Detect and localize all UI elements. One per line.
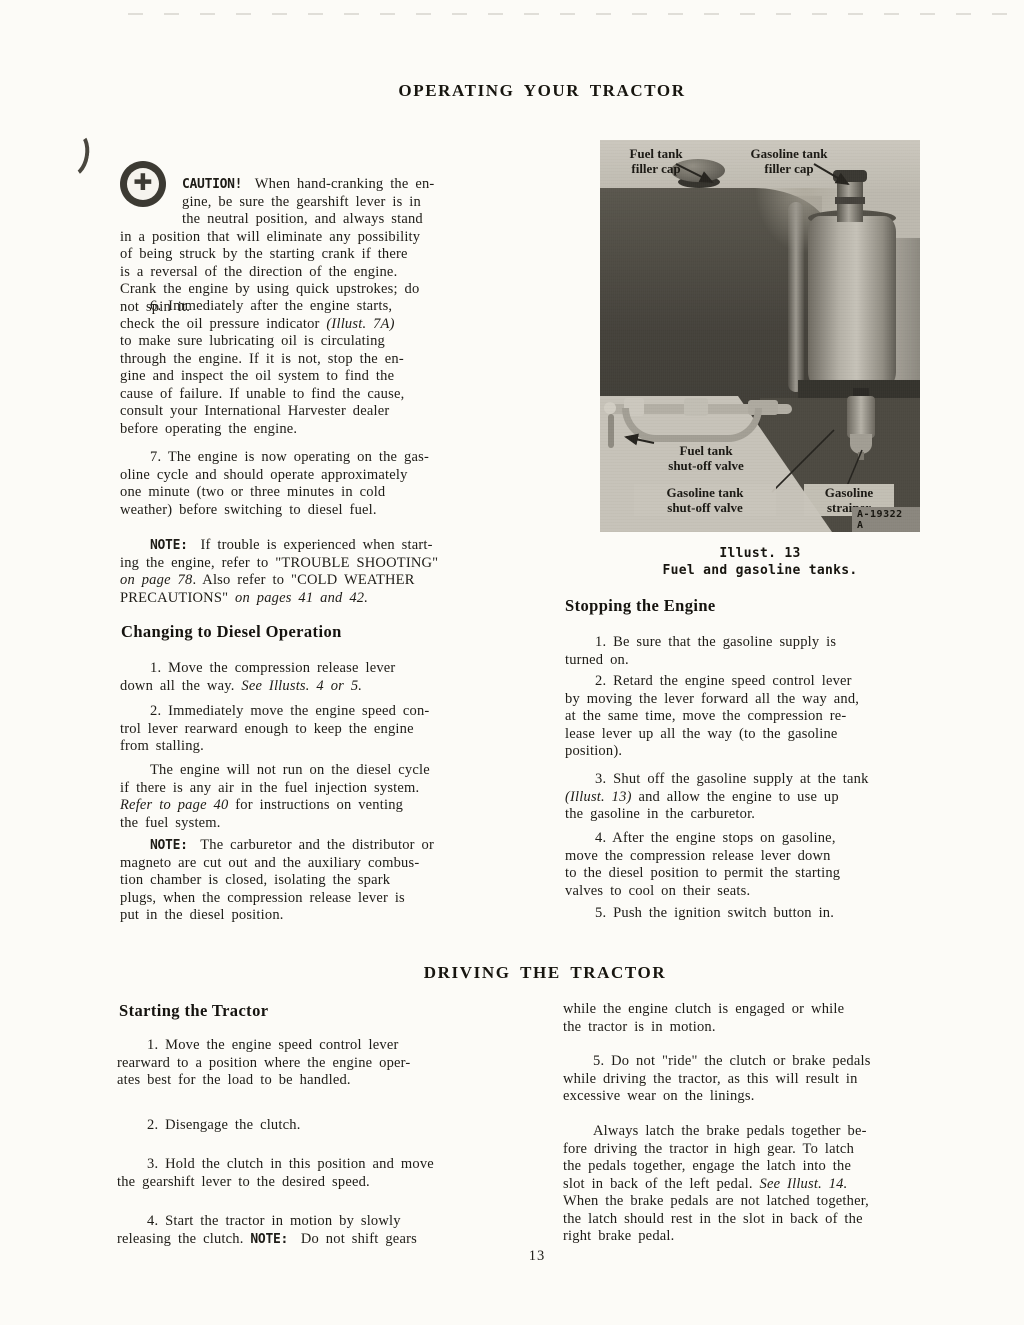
driving-step-5: 5. Do not "ride" the clutch or brake ped… bbox=[563, 1053, 975, 1106]
scan-artifact-line bbox=[128, 13, 1012, 15]
label-gasoline-tank-filler-cap: Gasoline tank filler cap bbox=[728, 146, 850, 176]
illustration-caption-title: Fuel and gasoline tanks. bbox=[600, 563, 920, 578]
note-carburetor-paragraph: NOTE: The carburetor and the distributor… bbox=[120, 837, 530, 925]
starting-step-1: 1. Move the engine speed control lever r… bbox=[117, 1037, 527, 1090]
heading-starting-the-tractor: Starting the Tractor bbox=[119, 1001, 268, 1021]
photo-leader-lines bbox=[600, 140, 920, 532]
photo-id-badge: A-19322 A bbox=[852, 507, 920, 532]
label-fuel-tank-filler-cap: Fuel tank filler cap bbox=[606, 146, 706, 176]
safety-cross-icon bbox=[120, 161, 166, 207]
manual-page: OPERATING YOUR TRACTOR CAUTION! When han… bbox=[0, 0, 1024, 1325]
fuel-tanks-photo: Fuel tank filler cap Gasoline tank fille… bbox=[600, 140, 920, 532]
driving-continuation-paragraph: while the engine clutch is engaged or wh… bbox=[563, 1001, 975, 1036]
stopping-step-3: 3. Shut off the gasoline supply at the t… bbox=[565, 771, 977, 824]
scan-artifact-mark bbox=[53, 128, 93, 181]
diesel-info-paragraph: The engine will not run on the diesel cy… bbox=[120, 762, 530, 832]
diesel-step-2: 2. Immediately move the engine speed con… bbox=[120, 703, 530, 756]
page-title: OPERATING YOUR TRACTOR bbox=[60, 80, 1024, 102]
step-6-paragraph: 6. Immediately after the engine starts, … bbox=[120, 298, 530, 438]
heading-stopping-the-engine: Stopping the Engine bbox=[565, 596, 716, 616]
caution-paragraph: CAUTION! When hand-cranking the en- gine… bbox=[120, 141, 530, 316]
illustration-caption-number: Illust. 13 bbox=[600, 546, 920, 561]
starting-step-4: 4. Start the tractor in motion by slowly… bbox=[117, 1213, 527, 1248]
step-7-paragraph: 7. The engine is now operating on the ga… bbox=[120, 449, 530, 519]
stopping-step-5: 5. Push the ignition switch button in. bbox=[565, 905, 977, 923]
starting-step-3: 3. Hold the clutch in this position and … bbox=[117, 1156, 527, 1191]
starting-step-2: 2. Disengage the clutch. bbox=[117, 1117, 527, 1135]
stopping-step-4: 4. After the engine stops on gasoline, m… bbox=[565, 830, 977, 900]
heading-changing-to-diesel: Changing to Diesel Operation bbox=[121, 622, 342, 642]
note-starting-paragraph: NOTE: If trouble is experienced when sta… bbox=[120, 537, 530, 607]
label-fuel-tank-shutoff-valve: Fuel tank shut-off valve bbox=[650, 443, 762, 473]
section-title-driving: DRIVING THE TRACTOR bbox=[66, 962, 1024, 984]
stopping-step-2: 2. Retard the engine speed control lever… bbox=[565, 673, 977, 761]
stopping-step-1: 1. Be sure that the gasoline supply is t… bbox=[565, 634, 977, 669]
label-gasoline-tank-shutoff-valve: Gasoline tank shut-off valve bbox=[634, 484, 776, 516]
diesel-step-1: 1. Move the compression release lever do… bbox=[120, 660, 530, 695]
page-number: 13 bbox=[50, 1248, 1024, 1265]
brake-latch-paragraph: Always latch the brake pedals together b… bbox=[563, 1123, 977, 1246]
